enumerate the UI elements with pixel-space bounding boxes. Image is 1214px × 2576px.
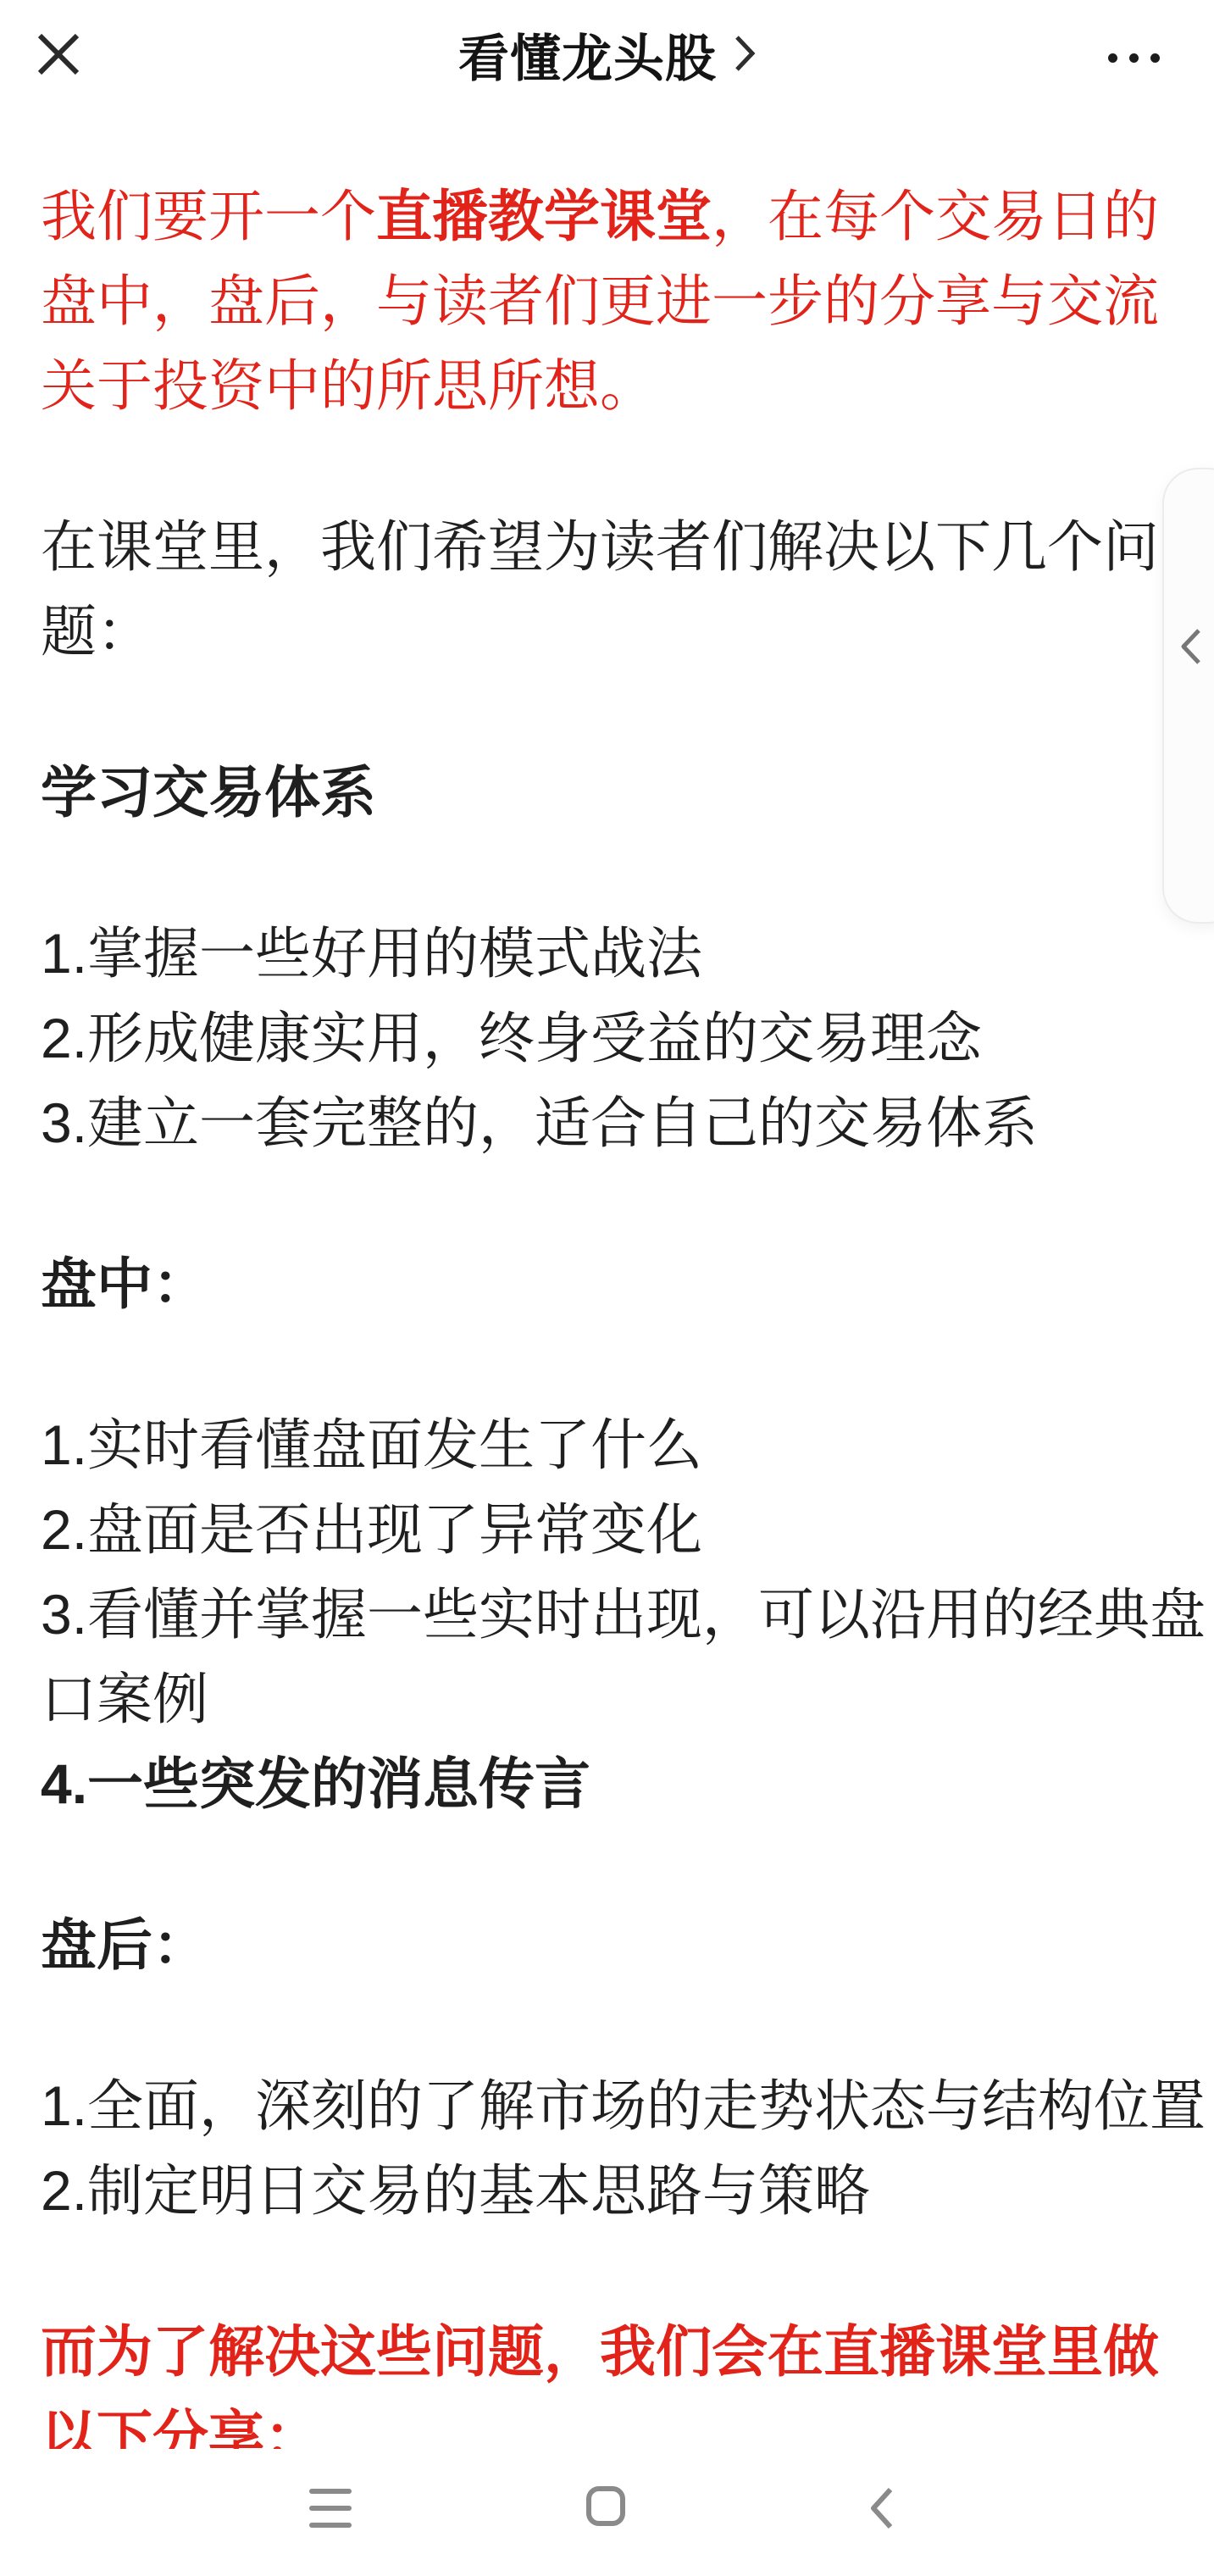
wechat-article-screen: { "colors": { "accent_red": "#e2231a", "…	[0, 0, 1214, 2576]
text-line: 1.全面，深刻的了解市场的走势状态与结构位置	[41, 2063, 1173, 2148]
text-line: 学习交易体系	[41, 750, 1173, 835]
nav-home-button[interactable]	[586, 2486, 625, 2526]
text-line: 以下分享：	[41, 2394, 1173, 2449]
text-line: 口案例	[41, 1657, 1173, 1741]
text-line: 关于投资中的所思所想。	[41, 343, 1173, 428]
text-line: 3.看懂并掌握一些实时出现，可以沿用的经典盘	[41, 1572, 1173, 1657]
intraday-list: 1.实时看懂盘面发生了什么2.盘面是否出现了异常变化3.看懂并掌握一些实时出现，…	[41, 1402, 1173, 1826]
section-heading-intraday: 盘中：	[41, 1241, 1173, 1326]
account-title-button[interactable]: 看懂龙头股	[0, 24, 1214, 86]
text-line: 在课堂里，我们希望为读者们解决以下几个问	[41, 504, 1173, 589]
android-nav-bar	[0, 2449, 1214, 2576]
text-line: 盘中：	[41, 1241, 1173, 1326]
top-bar: 看懂龙头股	[0, 0, 1214, 110]
goal-paragraph: 在课堂里，我们希望为读者们解决以下几个问题：	[41, 504, 1173, 674]
menu-three-lines-icon	[309, 2489, 352, 2494]
chevron-right-icon	[734, 31, 756, 80]
text-line: 2.制定明日交易的基本思路与策略	[41, 2148, 1173, 2233]
text-line: 题：	[41, 589, 1173, 674]
nav-menu-button[interactable]	[309, 2489, 352, 2528]
ellipsis-three-dots-icon	[1108, 53, 1117, 63]
text-line: 盘后：	[41, 1902, 1173, 1987]
more-menu-button[interactable]	[1108, 41, 1160, 75]
text-line: 1.实时看懂盘面发生了什么	[41, 1402, 1173, 1487]
text-line: 2.盘面是否出现了异常变化	[41, 1487, 1173, 1572]
nav-back-button[interactable]	[869, 2486, 895, 2534]
section-heading-learning-system: 学习交易体系	[41, 750, 1173, 835]
closing-paragraph: 而为了解决这些问题，我们会在直播课堂里做以下分享：	[41, 2309, 1173, 2449]
article-body: 我们要开一个直播教学课堂，在每个交易日的盘中，盘后，与读者们更进一步的分享与交流…	[0, 110, 1214, 2449]
page-title: 看懂龙头股	[458, 19, 717, 92]
afterhours-list: 1.全面，深刻的了解市场的走势状态与结构位置2.制定明日交易的基本思路与策略	[41, 2063, 1173, 2233]
text-line: 盘中，盘后，与读者们更进一步的分享与交流	[41, 258, 1173, 343]
text-line: 我们要开一个直播教学课堂，在每个交易日的	[41, 174, 1173, 258]
back-chevron-icon	[869, 2519, 895, 2534]
text-line: 而为了解决这些问题，我们会在直播课堂里做	[41, 2309, 1173, 2394]
text-line: 2.形成健康实用，终身受益的交易理念	[41, 996, 1173, 1080]
text-line: 1.掌握一些好用的模式战法	[41, 911, 1173, 996]
text-line: 4.一些突发的消息传言	[41, 1741, 1173, 1826]
section-heading-afterhours: 盘后：	[41, 1902, 1173, 1987]
intro-paragraph: 我们要开一个直播教学课堂，在每个交易日的盘中，盘后，与读者们更进一步的分享与交流…	[41, 174, 1173, 428]
floating-window-handle[interactable]	[1162, 468, 1214, 924]
learning-system-list: 1.掌握一些好用的模式战法2.形成健康实用，终身受益的交易理念3.建立一套完整的…	[41, 911, 1173, 1165]
text-line: 3.建立一套完整的，适合自己的交易体系	[41, 1080, 1173, 1165]
